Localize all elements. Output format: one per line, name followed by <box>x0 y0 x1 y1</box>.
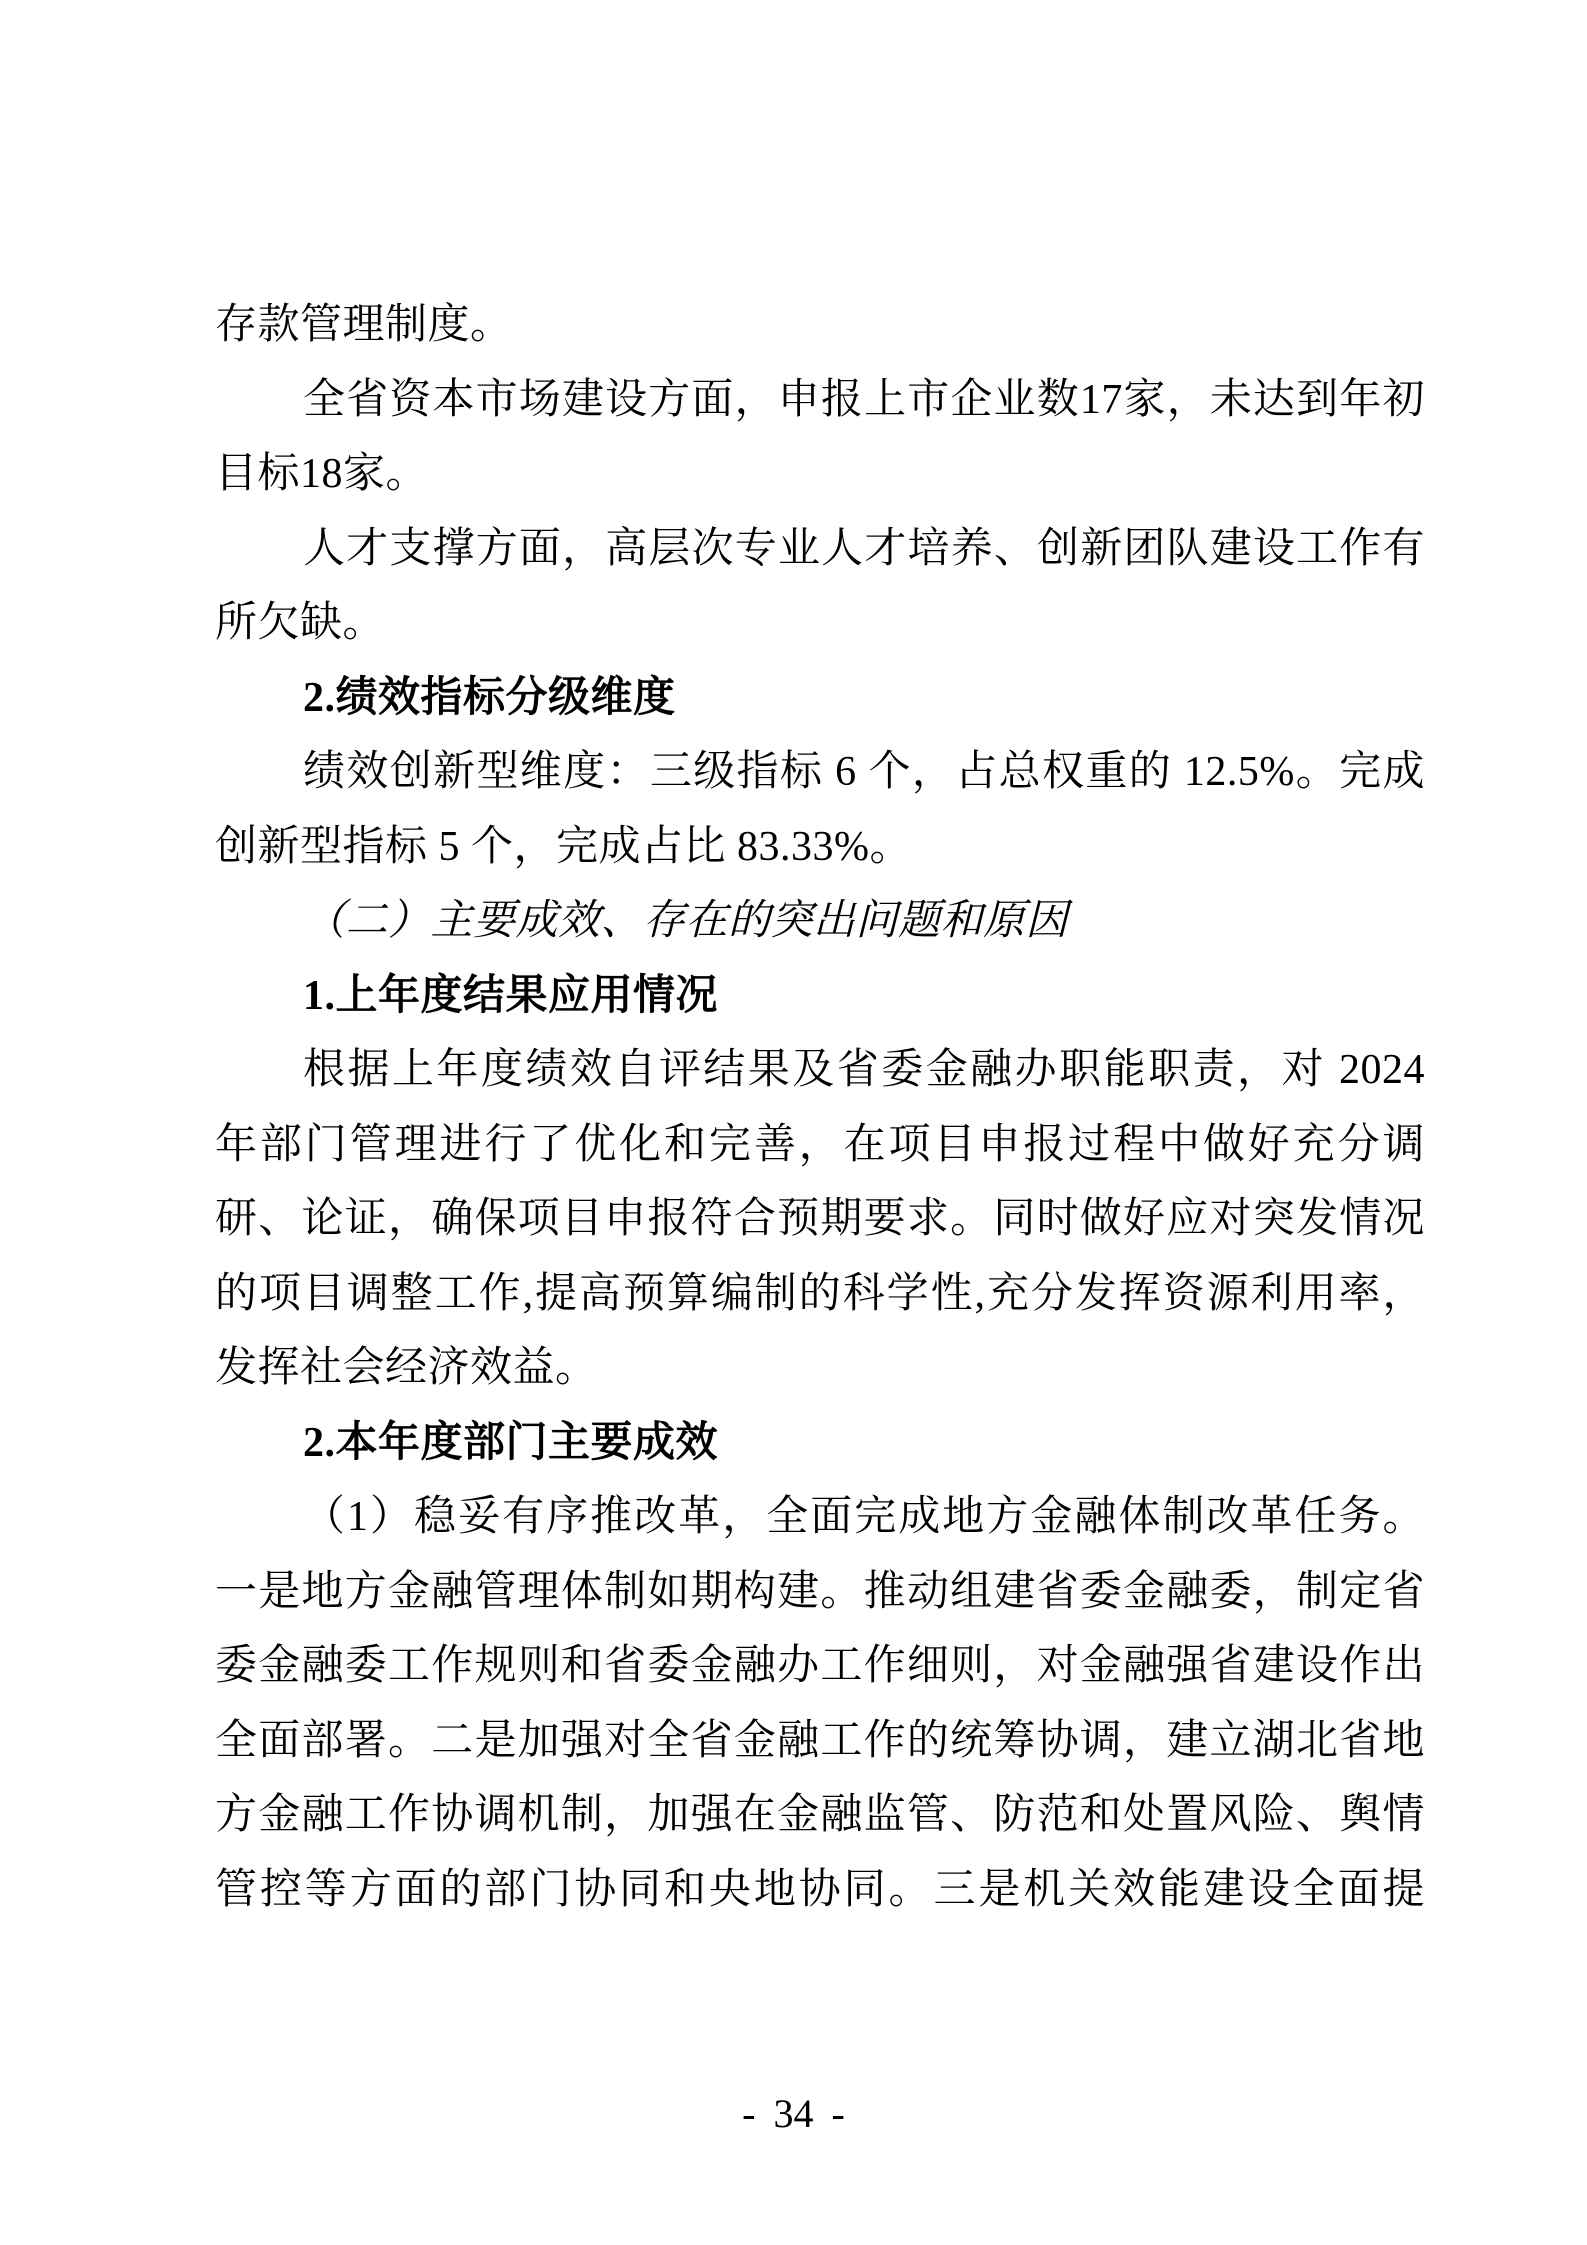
body-text-line: 全面部署。二是加强对全省金融工作的统筹协调，建立湖北省地 <box>215 1704 1425 1779</box>
body-text-line: 所欠缺。 <box>215 586 1425 661</box>
body-text-line: 委金融委工作规则和省委金融办工作细则，对金融强省建设作出 <box>215 1629 1425 1704</box>
body-text-line: 一是地方金融管理体制如期构建。推动组建省委金融委，制定省 <box>215 1555 1425 1630</box>
body-text-line: 存款管理制度。 <box>215 288 1425 363</box>
body-text-line: 根据上年度绩效自评结果及省委金融办职能职责，对 2024 <box>215 1033 1425 1108</box>
body-text-line: 研、论证，确保项目申报符合预期要求。同时做好应对突发情况 <box>215 1182 1425 1257</box>
body-text-line: 年部门管理进行了优化和完善，在项目申报过程中做好充分调 <box>215 1108 1425 1183</box>
section-heading-line: 2.绩效指标分级维度 <box>215 661 1425 736</box>
section-heading-line: 1.上年度结果应用情况 <box>215 959 1425 1034</box>
body-text-line: 创新型指标 5 个，完成占比 83.33%。 <box>215 810 1425 885</box>
page-number: - 34 - <box>742 2091 845 2136</box>
body-text-line: 的项目调整工作,提高预算编制的科学性,充分发挥资源利用率， <box>215 1257 1425 1332</box>
body-text-line: （1）稳妥有序推改革，全面完成地方金融体制改革任务。 <box>215 1480 1425 1555</box>
document-page: 存款管理制度。全省资本市场建设方面，申报上市企业数17家，未达到年初目标18家。… <box>0 0 1587 2245</box>
body-text-line: 全省资本市场建设方面，申报上市企业数17家，未达到年初 <box>215 363 1425 438</box>
body-text-line: 人才支撑方面，高层次专业人才培养、创新团队建设工作有 <box>215 512 1425 587</box>
body-text-line: 方金融工作协调机制，加强在金融监管、防范和处置风险、舆情 <box>215 1778 1425 1853</box>
body-text-line: 绩效创新型维度：三级指标 6 个，占总权重的 12.5%。完成 <box>215 735 1425 810</box>
body-text-line: 目标18家。 <box>215 437 1425 512</box>
body-text-line: 发挥社会经济效益。 <box>215 1331 1425 1406</box>
subsection-heading-line: （二）主要成效、存在的突出问题和原因 <box>215 884 1425 959</box>
page-footer: - 34 - <box>0 2094 1587 2134</box>
section-heading-line: 2.本年度部门主要成效 <box>215 1406 1425 1481</box>
body-text-line: 管控等方面的部门协同和央地协同。三是机关效能建设全面提 <box>215 1853 1425 1928</box>
document-text-block: 存款管理制度。全省资本市场建设方面，申报上市企业数17家，未达到年初目标18家。… <box>215 288 1425 1927</box>
